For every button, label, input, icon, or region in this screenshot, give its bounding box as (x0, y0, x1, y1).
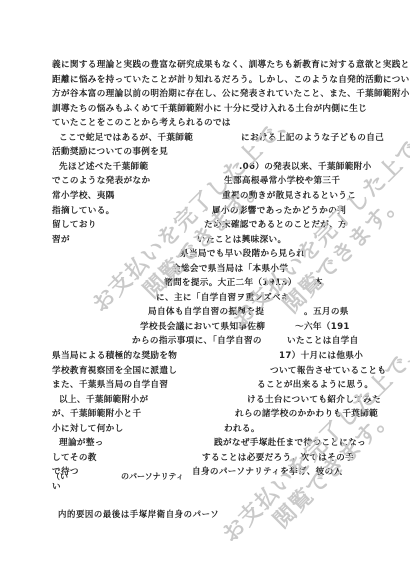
text-segment: 理論が整っ (59, 436, 104, 450)
text-line: 先ほど述べた千葉師範.06）の発表以来、千葉師範附小 (52, 160, 344, 174)
text-line: に、主に「自学自習ヲ重ンズベキ (52, 291, 344, 305)
text-line: で待つ自身のパーソナリティを挙げ、彼の人 (52, 465, 344, 479)
text-line: 会総会で県当局は「本県小学 (52, 262, 344, 276)
text-segment: 生郡高根尋常小学校や第三千 (224, 174, 340, 188)
text-line: でこのような発表がなか生郡高根尋常小学校や第三千 (52, 174, 344, 188)
text-line: 県当局でも早い段階から見られ (52, 247, 344, 261)
text-line: 理論が整っ践がなぜ手塚赴任まで待つことになっ (52, 436, 344, 450)
text-segment: 義に関する理論と実践の豊富な研究成果もなく、訓導たちも新教育に対する意欲と実践と… (52, 58, 410, 72)
text-segment: 諮問を提示。大正二年（1913） (164, 276, 297, 290)
text-segment: ける土台についても紹介してみた (247, 393, 381, 407)
section-heading-title: のパーソナリティ (121, 471, 184, 483)
text-segment: いたことは自学自 (287, 334, 359, 348)
text-segment: ここで蛇足ではあるが、千葉師範 (59, 131, 193, 145)
text-segment: 活動奨励についての事例を見 (52, 145, 168, 159)
text-segment: また、千葉県当局の自学自習 (52, 378, 168, 392)
text-segment: 本 (314, 276, 323, 290)
text-segment: 重視の動きが散見されるというこ (222, 189, 356, 203)
text-segment: れらの諸学校のかかわりも千葉師範 (235, 407, 378, 421)
text-segment: からの指示事項に、「自学自習の (132, 334, 262, 348)
text-segment: 距離に悩みを持っていたことが計り知れるだろう。しかし、このような自発的活動につい… (52, 73, 410, 87)
text-line: ここで蛇足ではあるが、千葉師範における上記のような子どもの自己 (52, 131, 344, 145)
text-line: 距離に悩みを持っていたことが計り知れるだろう。しかし、このような自発的活動につい… (52, 73, 344, 87)
text-line: 訓導たちの悩みもふくめて千葉師範附小に十分に受け入れる土台が内側に生じ (52, 102, 344, 116)
text-line: 常小学校、夷隅重視の動きが散見されるというこ (52, 189, 344, 203)
text-segment: 属小の影響であったかどうかの判 (212, 204, 346, 218)
text-line: ていたことをこのことから考えられるのでは (52, 116, 344, 130)
text-line: 学校長会議において県知事佐柳～六年（191 (52, 320, 344, 334)
text-line: してその教することは必要だろう。次ではその手 (52, 451, 344, 465)
text-line: 局自体も自学自習の振興を提。五月の県 (52, 305, 344, 319)
text-segment: 留しており (52, 218, 97, 232)
text-segment: われる。 (224, 422, 260, 436)
text-line: 小に対して何かしわれる。 (52, 422, 344, 436)
text-segment: 自身のパーソナリティを挙げ、彼の人 (192, 465, 343, 479)
text-line: い (52, 480, 344, 494)
text-segment: が、千葉師範附小と千 (52, 407, 141, 421)
text-segment: でこのような発表がなか (52, 174, 150, 188)
text-segment: 。五月の県 (304, 305, 349, 319)
text-segment: 訓導たちの悩みもふくめて千葉師範附小に (52, 102, 222, 116)
text-segment: 先ほど述べた千葉師範 (59, 160, 148, 174)
text-segment: 学校長会議において県知事佐柳 (140, 320, 265, 334)
text-segment: ることが出来るように思う。 (257, 378, 373, 392)
text-segment: ていたことをこのことから考えられるのでは (52, 116, 231, 130)
text-line: 活動奨励についての事例を見 (52, 145, 344, 159)
text-segment: ついて報告させていることも (270, 364, 386, 378)
text-segment: 指摘している。 (52, 204, 115, 218)
text-segment: 17）十月には他県小 (279, 349, 363, 363)
text-segment: 小に対して何かし (52, 422, 124, 436)
text-segment: に、主に「自学自習ヲ重ンズベキ (156, 291, 290, 305)
text-line: 学校教育視察団を全国に派遣しついて報告させていることも (52, 364, 344, 378)
text-line: また、千葉県当局の自学自習ることが出来るように思う。 (52, 378, 344, 392)
text-segment: 局自体も自学自習の振興を提 (148, 305, 264, 319)
text-line: 指摘している。属小の影響であったかどうかの判 (52, 204, 344, 218)
text-segment: 常小学校、夷隅 (52, 189, 115, 203)
text-segment: ～六年（191 (295, 320, 350, 334)
text-segment: することは必要だろう。次ではその手 (202, 451, 354, 465)
text-line: 習がいたことは興味深い。 (52, 233, 344, 247)
text-segment: における上記のような子どもの自己 (241, 131, 384, 145)
text-segment: 学校教育視察団を全国に派遣し (52, 364, 177, 378)
text-line: 以上、千葉師範附小がける土台についても紹介してみた (52, 393, 344, 407)
paragraph-last-line: 内的要因の最後は手塚岸衛自身のパーソ (58, 508, 219, 520)
text-segment: 以上、千葉師範附小が (59, 393, 148, 407)
text-line: 義に関する理論と実践の豊富な研究成果もなく、訓導たちも新教育に対する意欲と実践と… (52, 58, 344, 72)
text-line: 留しておりため未確認であるとのことだが、方 (52, 218, 344, 232)
text-line: が、千葉師範附小と千れらの諸学校のかかわりも千葉師範 (52, 407, 344, 421)
text-segment: ため未確認であるとのことだが、方 (204, 218, 347, 232)
section-heading-number: （い (52, 471, 68, 483)
text-segment: いたことは興味深い。 (197, 233, 286, 247)
text-line: 方が谷本富の理論以前の明治期に存在し、公に発表されていたこと、また、千葉師範附小… (52, 87, 344, 101)
text-segment: 習が (52, 233, 70, 247)
text-segment: 会総会で県当局は「本県小学 (172, 262, 288, 276)
text-segment: 県当局による積極的な奨励を物 (52, 349, 177, 363)
text-line: 県当局による積極的な奨励を物17）十月には他県小 (52, 349, 344, 363)
text-segment: 県当局でも早い段階から見られ (180, 247, 305, 261)
text-line: からの指示事項に、「自学自習のいたことは自学自 (52, 334, 344, 348)
text-segment: 十分に受け入れる土台が内側に生じ (224, 102, 367, 116)
text-segment: してその教 (52, 451, 97, 465)
document-page: 義に関する理論と実践の豊富な研究成果もなく、訓導たちも新教育に対する意欲と実践と… (0, 0, 410, 580)
text-segment: .06）の発表以来、千葉師範附小 (239, 160, 372, 174)
text-segment: 方が谷本富の理論以前の明治期に存在し、公に発表されていたこと、また、千葉師範附小… (52, 87, 410, 101)
text-segment: 践がなぜ手塚赴任まで待つことになっ (214, 436, 366, 450)
text-line: 諮問を提示。大正二年（1913）本 (52, 276, 344, 290)
